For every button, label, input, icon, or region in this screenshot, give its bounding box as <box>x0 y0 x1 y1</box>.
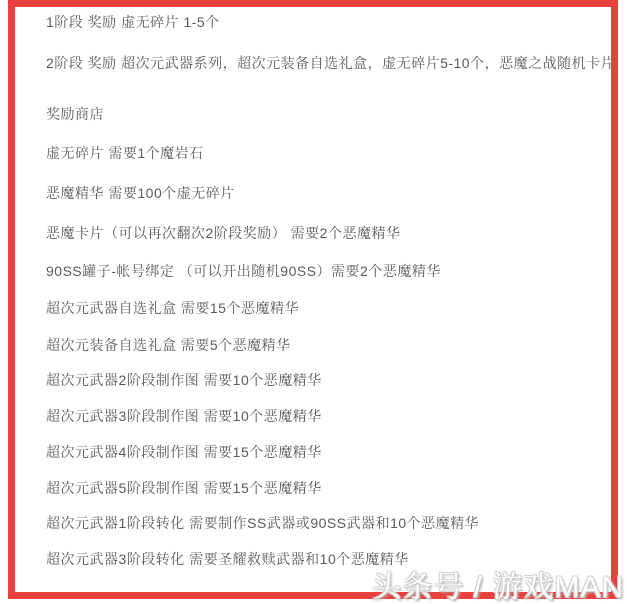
article-line-demon-card: 恶魔卡片（可以再次翻次2阶段奖励） 需要2个恶魔精华 <box>46 225 400 242</box>
article-line-weapon-giftbox: 超次元武器自选礼盒 需要15个恶魔精华 <box>46 300 299 317</box>
article-line-stage1-reward: 1阶段 奖励 虚无碎片 1-5个 <box>46 14 220 31</box>
article-line-void-shard: 虚无碎片 需要1个魔岩石 <box>46 145 204 162</box>
article-frame: 1阶段 奖励 虚无碎片 1-5个 2阶段 奖励 超次元武器系列，超次元装备自选礼… <box>8 0 618 599</box>
article-line-blueprint-4: 超次元武器4阶段制作图 需要15个恶魔精华 <box>46 444 322 461</box>
watermark-toutiao: 头条号 / 游戏MAN <box>371 562 624 604</box>
article-line-90ss-jar: 90SS罐子-帐号绑定 （可以开出随机90SS）需要2个恶魔精华 <box>46 263 441 280</box>
article-line-gear-giftbox: 超次元装备自选礼盒 需要5个恶魔精华 <box>46 337 291 354</box>
article-line-stage2-reward: 2阶段 奖励 超次元武器系列，超次元装备自选礼盒，虚无碎片5-10个，恶魔之战随… <box>46 55 618 72</box>
article-line-blueprint-3: 超次元武器3阶段制作图 需要10个恶魔精华 <box>46 408 322 425</box>
section-heading-reward-shop: 奖励商店 <box>46 106 104 123</box>
article-line-demon-essence: 恶魔精华 需要100个虚无碎片 <box>46 185 235 202</box>
article-line-blueprint-5: 超次元武器5阶段制作图 需要15个恶魔精华 <box>46 480 322 497</box>
article-line-blueprint-2: 超次元武器2阶段制作图 需要10个恶魔精华 <box>46 372 322 389</box>
article-line-convert-3: 超次元武器3阶段转化 需要圣耀救赎武器和10个恶魔精华 <box>46 551 409 568</box>
article-line-convert-1: 超次元武器1阶段转化 需要制作SS武器或90SS武器和10个恶魔精华 <box>46 515 479 532</box>
